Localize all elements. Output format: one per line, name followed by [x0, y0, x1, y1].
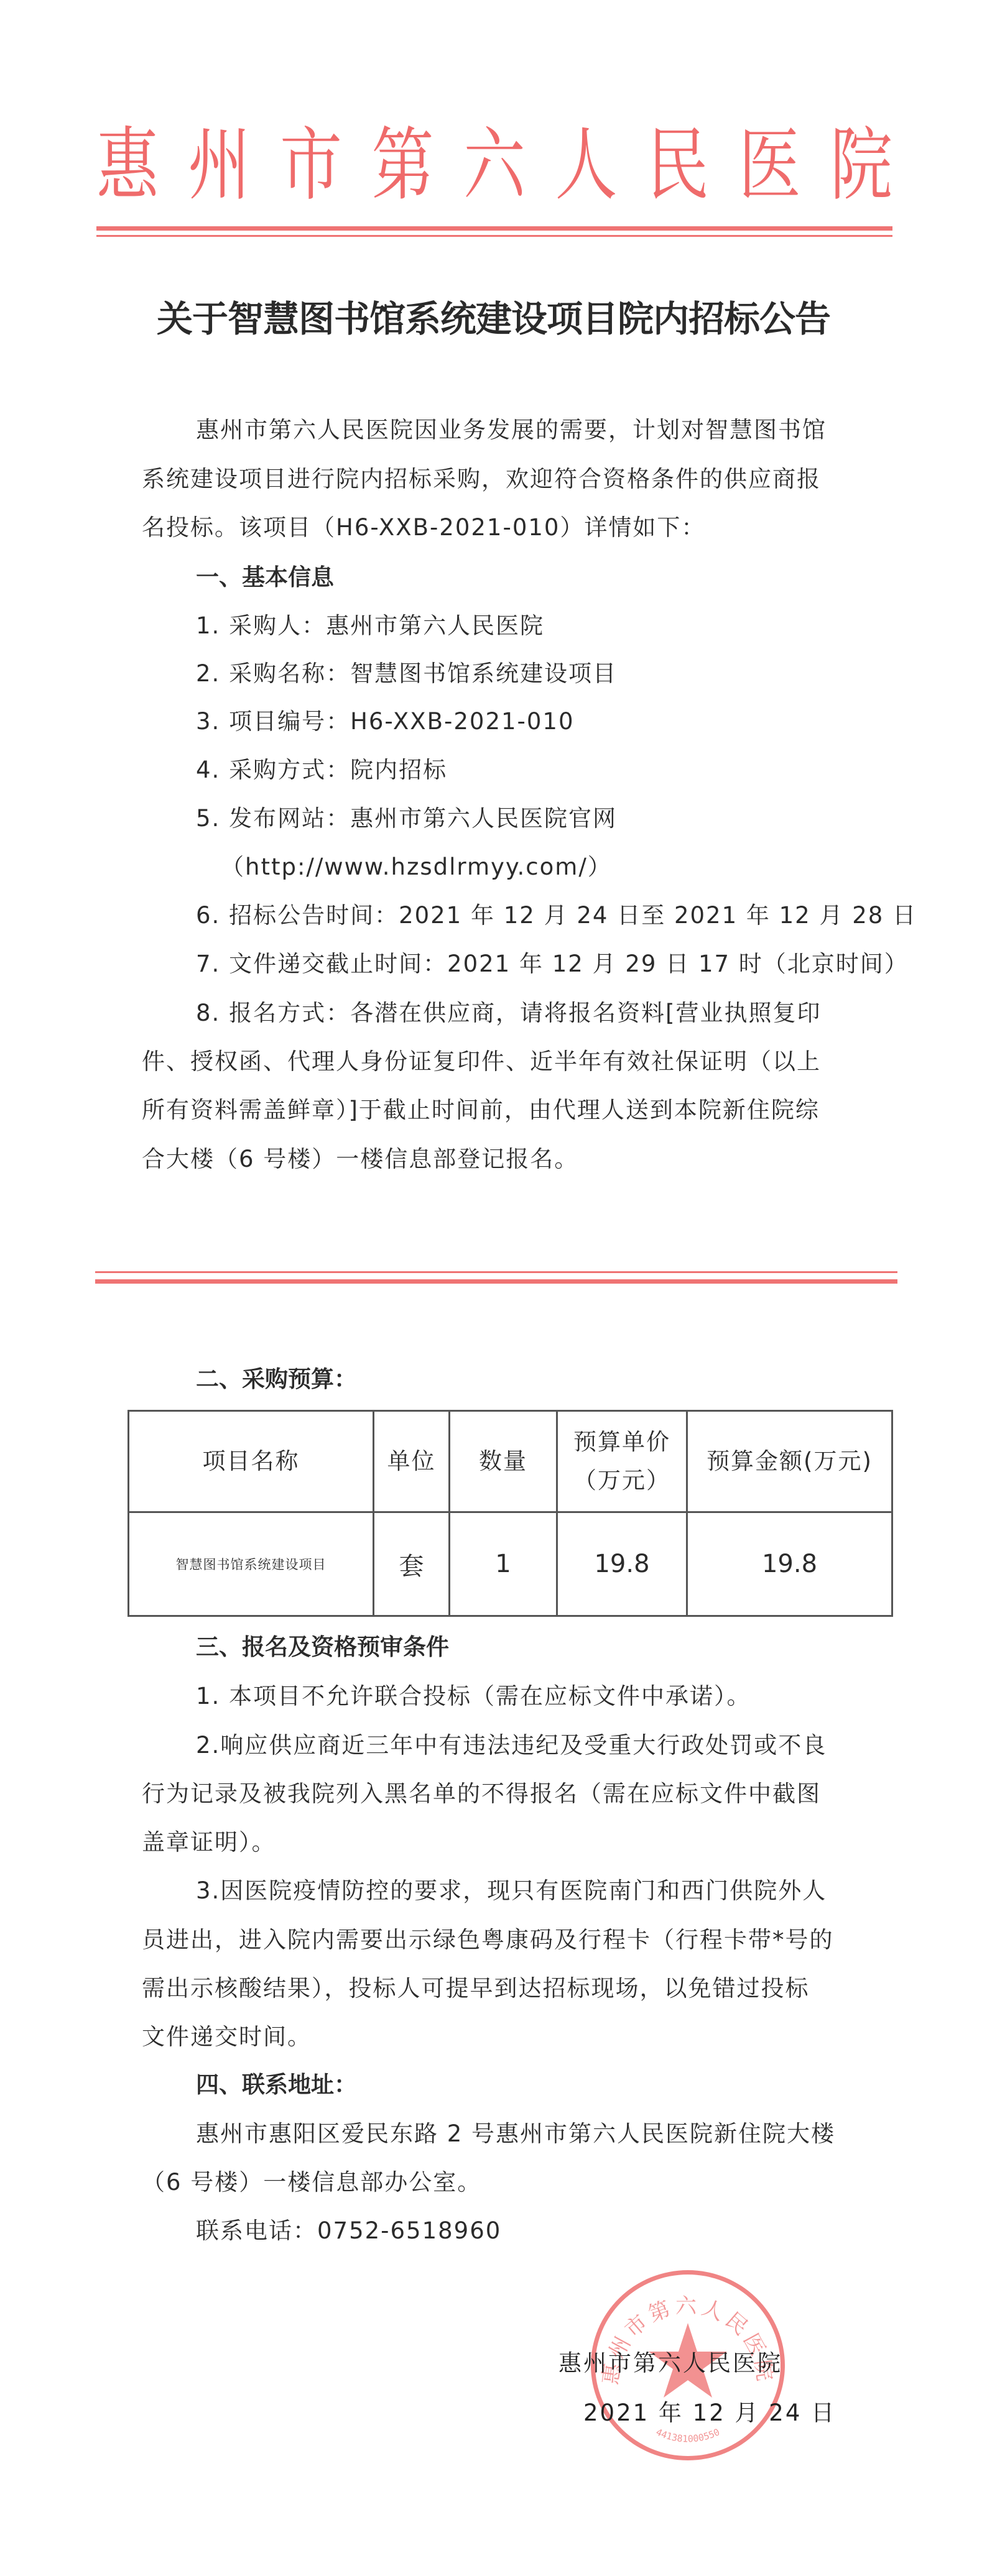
signature-date: 2021 年 12 月 24 日	[583, 2399, 836, 2427]
contact-phone: 联系电话：0752-6518960	[196, 2217, 945, 2245]
intro-line: 系统建设项目进行院内招标采购，欢迎符合资格条件的供应商报	[142, 466, 891, 493]
info-item-registration-cont: 件、授权函、代理人身份证复印件、近半年有效社保证明（以上	[142, 1048, 891, 1075]
section-heading-qualification: 三、报名及资格预审条件	[196, 1634, 945, 1661]
letterhead-divider-thick	[96, 226, 892, 231]
intro-line: 惠州市第六人民医院因业务发展的需要，计划对智慧图书馆	[196, 416, 945, 444]
unit-price-currency: （万元）	[558, 1461, 686, 1500]
letterhead-char: 医	[736, 109, 804, 221]
letterhead-char: 州	[185, 109, 254, 221]
website-url-link[interactable]: （http://www.hzsdlrmyy.com/）	[221, 853, 970, 881]
section-heading-budget: 二、采购预算：	[196, 1366, 945, 1393]
column-header-total: 预算金额(万元)	[687, 1411, 892, 1512]
info-item-registration: 8. 报名方式：各潜在供应商，请将报名资料[营业执照复印	[196, 1000, 945, 1027]
column-header-unit-price: 预算单价 （万元）	[557, 1411, 687, 1512]
section-divider-thin	[95, 1271, 897, 1273]
svg-text:441381000550: 441381000550	[654, 2426, 721, 2444]
cell-unit-price: 19.8	[557, 1512, 687, 1616]
column-header-project-name: 项目名称	[129, 1411, 374, 1512]
letterhead-char: 惠	[93, 109, 162, 221]
info-item-registration-cont: 合大楼（6 号楼）一楼信息部登记报名。	[142, 1146, 891, 1173]
column-header-quantity: 数量	[450, 1411, 557, 1512]
letterhead-org-name: 惠 州 市 第 六 人 民 医 院	[93, 122, 896, 209]
letterhead-char: 六	[460, 109, 529, 221]
qualification-item-2-cont: 盖章证明）。	[142, 1829, 891, 1856]
info-item-website: 5. 发布网站：惠州市第六人民医院官网	[196, 805, 945, 832]
info-item-announcement-period: 6. 招标公告时间：2021 年 12 月 24 日至 2021 年 12 月 …	[196, 902, 945, 929]
intro-line: 名投标。该项目（H6-XXB-2021-010）详情如下：	[142, 514, 891, 541]
info-item-purchaser: 1. 采购人：惠州市第六人民医院	[196, 612, 945, 640]
table-header-row: 项目名称 单位 数量 预算单价 （万元） 预算金额(万元)	[129, 1411, 892, 1512]
section-heading-contact: 四、联系地址：	[196, 2071, 945, 2099]
info-item-deadline: 7. 文件递交截止时间：2021 年 12 月 29 日 17 时（北京时间）	[196, 950, 945, 978]
section-heading-basic-info: 一、基本信息	[196, 564, 945, 591]
cell-project-name: 智慧图书馆系统建设项目	[129, 1512, 374, 1616]
table-row: 智慧图书馆系统建设项目 套 1 19.8 19.8	[129, 1512, 892, 1616]
qualification-item-3-cont: 需出示核酸结果），投标人可提早到达招标现场，以免错过投标	[142, 1975, 891, 2002]
announcement-page: 惠 州 市 第 六 人 民 医 院 关于智慧图书馆系统建设项目院内招标公告 惠州…	[0, 0, 987, 2576]
signature-org: 惠州市第六人民医院	[558, 2350, 795, 2377]
qualification-item-3-cont: 文件递交时间。	[142, 2023, 891, 2051]
info-item-registration-cont: 所有资料需盖鲜章）]于截止时间前，由代理人送到本院新住院综	[142, 1097, 891, 1124]
contact-address-cont: （6 号楼）一楼信息部办公室。	[142, 2169, 891, 2196]
letterhead-char: 第	[369, 109, 437, 221]
contact-address: 惠州市惠阳区爱民东路 2 号惠州市第六人民医院新住院大楼	[196, 2120, 945, 2148]
budget-table: 项目名称 单位 数量 预算单价 （万元） 预算金额(万元) 智慧图书馆系统建设项…	[127, 1410, 893, 1617]
letterhead-char: 市	[277, 109, 345, 221]
document-title: 关于智慧图书馆系统建设项目院内招标公告	[124, 297, 863, 341]
cell-unit: 套	[374, 1512, 450, 1616]
letterhead-char: 院	[827, 109, 896, 221]
qualification-item-2: 2.响应供应商近三年中有违法违纪及受重大行政处罚或不良	[196, 1732, 945, 1759]
qualification-item-3: 3.因医院疫情防控的要求，现只有医院南门和西门供院外人	[196, 1877, 945, 1905]
section-divider-thick	[95, 1279, 897, 1284]
column-header-unit: 单位	[374, 1411, 450, 1512]
letterhead-divider-thin	[96, 235, 892, 237]
cell-total: 19.8	[687, 1512, 892, 1616]
cell-quantity: 1	[450, 1512, 557, 1616]
letterhead-char: 民	[644, 109, 712, 221]
info-item-purchase-name: 2. 采购名称：智慧图书馆系统建设项目	[196, 660, 945, 688]
unit-price-label: 预算单价	[558, 1423, 686, 1461]
letterhead-char: 人	[552, 109, 621, 221]
qualification-item-3-cont: 员进出，进入院内需要出示绿色粤康码及行程卡（行程卡带*号的	[142, 1926, 891, 1954]
info-item-purchase-method: 4. 采购方式：院内招标	[196, 757, 945, 784]
qualification-item-2-cont: 行为记录及被我院列入黑名单的不得报名（需在应标文件中截图	[142, 1780, 891, 1808]
qualification-item-1: 1. 本项目不允许联合投标（需在应标文件中承诺）。	[196, 1683, 945, 1710]
info-item-project-number: 3. 项目编号：H6-XXB-2021-010	[196, 708, 945, 735]
seal-serial-number: 441381000550	[654, 2426, 721, 2444]
